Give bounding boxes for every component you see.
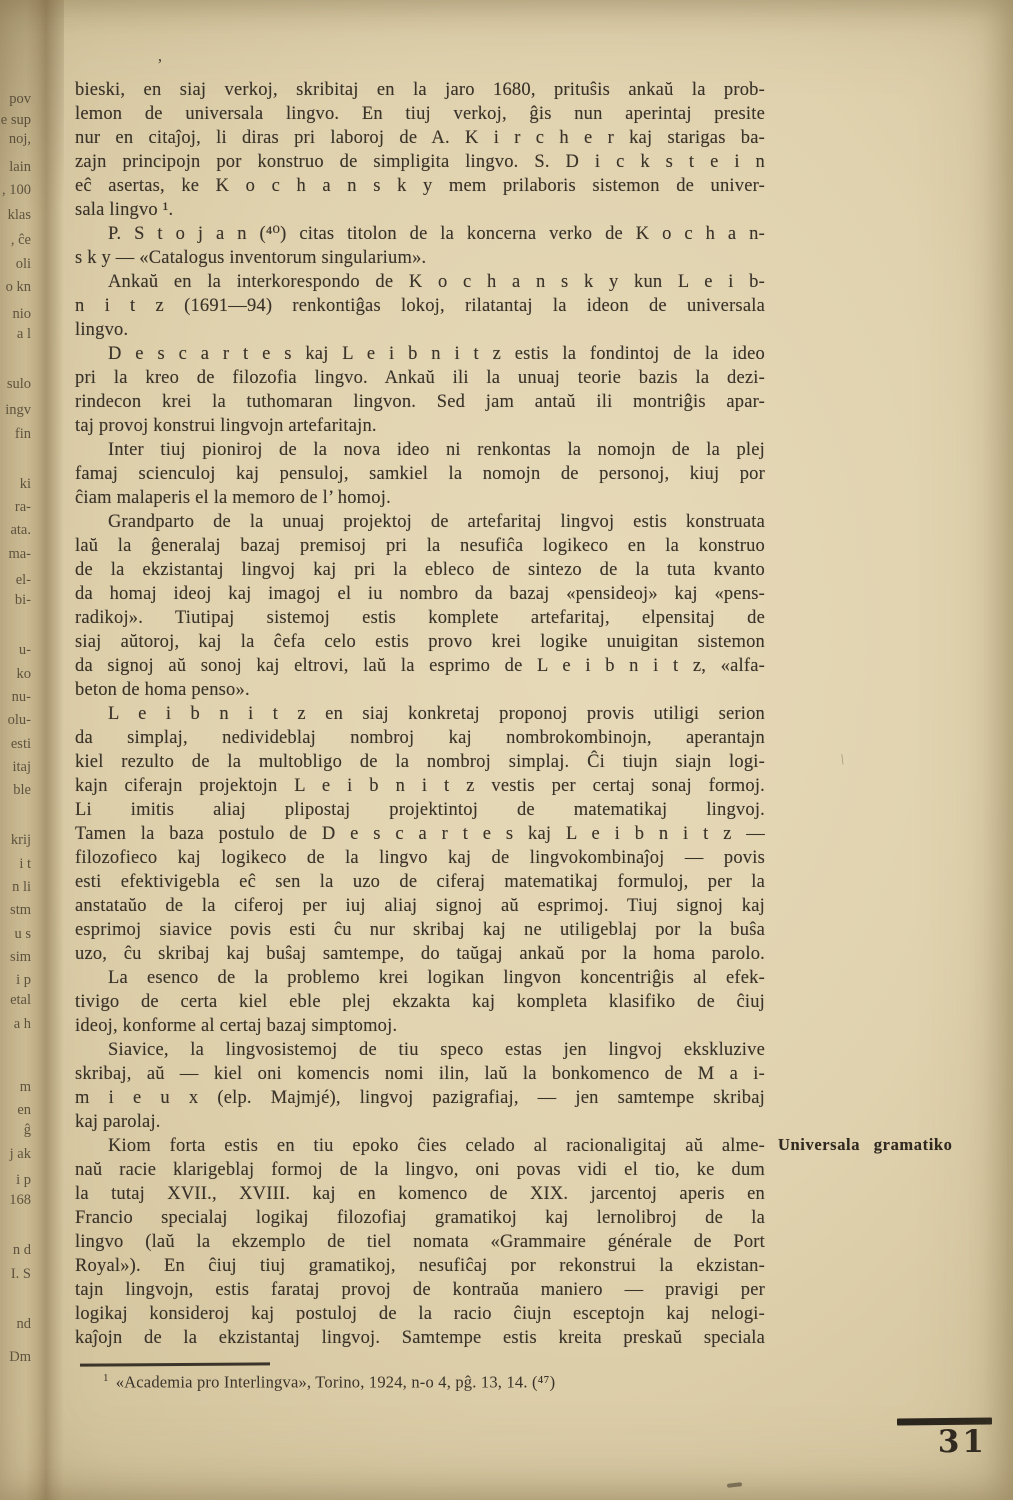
gutter-text-fragment: j ak: [0, 1147, 31, 1162]
paragraph: Grandparto de la unuaj projektoj de arte…: [75, 510, 765, 702]
text-line: Siavice, la lingvosistemoj de tiu speco …: [75, 1038, 765, 1062]
gutter-text-fragment: Dm: [0, 1350, 31, 1365]
text-line: la tutaj XVII., XVIII. kaj en komenco de…: [75, 1182, 765, 1206]
footnote-text: «Academia pro Interlingva», Torino, 1924…: [116, 1373, 556, 1392]
margin-note: Universala gramatiko: [778, 1135, 1003, 1155]
gutter-text-fragment: krij: [0, 833, 31, 848]
text-line: s k y — «Catalogus inventorum singulariu…: [75, 246, 765, 270]
text-line: uzo, ĉu skribaj kaj buŝaj samtempe, do t…: [75, 942, 765, 966]
paragraph: Siavice, la lingvosistemoj de tiu speco …: [75, 1038, 765, 1134]
gutter-text-fragment: ki: [0, 477, 31, 492]
gutter-text-fragment: o kn: [0, 280, 31, 295]
text-line: zajn principojn por konstruo de simpligi…: [75, 150, 765, 174]
main-text: bieski, en siaj verkoj, skribitaj en la …: [75, 78, 765, 1350]
gutter-text-fragment: 168: [0, 1193, 31, 1208]
text-line: pri la kreo de filozofia lingvo. Ankaŭ i…: [75, 366, 765, 390]
footnote-marker: 1: [103, 1372, 109, 1384]
text-line: Grandparto de la unuaj projektoj de arte…: [75, 510, 765, 534]
gutter-text-fragment: olu-: [0, 713, 31, 728]
text-line: lingvo (laŭ la ekzemplo de tiel nomata «…: [75, 1230, 765, 1254]
text-line: rindecon krei la tuthomaran lingvon. Sed…: [75, 390, 765, 414]
gutter-text-fragment: ble: [0, 783, 31, 798]
gutter-text-fragment: a l: [0, 327, 31, 342]
gutter-text-fragment: klas: [0, 208, 31, 223]
text-line: sala lingvo ¹.: [75, 198, 765, 222]
paragraph: L e i b n i t z en siaj konkretaj propon…: [75, 702, 765, 966]
text-line: tajn lingvojn, estis farataj provoj de k…: [75, 1278, 765, 1302]
text-line: anstataŭo de la ciferoj per iuj aliaj si…: [75, 894, 765, 918]
paragraph: Inter tiuj pioniroj de la nova ideo ni r…: [75, 438, 765, 510]
gutter-text-fragment: itaj: [0, 760, 31, 775]
stray-ink-mark: ’: [157, 55, 163, 75]
text-line: Tamen la baza postulo de D e s c a r t e…: [75, 822, 765, 846]
text-line: naŭ racie klarigeblaj formoj de la lingv…: [75, 1158, 765, 1182]
gutter-text-fragment: sim: [0, 950, 31, 965]
gutter-text-fragment: n d: [0, 1243, 31, 1258]
text-line: D e s c a r t e s kaj L e i b n i t z es…: [75, 342, 765, 366]
text-line: ĉiam malaperis el la memoro de l’ homoj.: [75, 486, 765, 510]
gutter-text-fragment: oli: [0, 257, 31, 272]
text-line: nur en citaĵoj, li diras pri laboroj de …: [75, 126, 765, 150]
text-line: La esenco de la problemo krei logikan li…: [75, 966, 765, 990]
ink-speck: [727, 1482, 742, 1488]
gutter-text-fragment: noj,: [0, 132, 31, 147]
gutter-text-fragment: u-: [0, 643, 31, 658]
text-line: da homaj ideoj kaj imagoj el iu nombro d…: [75, 582, 765, 606]
gutter-text-fragment: i p: [0, 1173, 31, 1188]
text-line: de la ekzistantaj lingvoj kaj pri la ebl…: [75, 558, 765, 582]
text-line: famaj scienculoj kaj pensuloj, samkiel l…: [75, 462, 765, 486]
paragraph: La esenco de la problemo krei logikan li…: [75, 966, 765, 1038]
text-line: kajn ciferajn projektojn L e i b n i t z…: [75, 774, 765, 798]
text-line: lingvo.: [75, 318, 765, 342]
text-line: taj provoj konstrui lingvojn artefaritaj…: [75, 414, 765, 438]
paragraph: Ankaŭ en la interkorespondo de K o c h a…: [75, 270, 765, 342]
gutter-text-fragment: ata.: [0, 523, 31, 538]
text-line: Ankaŭ en la interkorespondo de K o c h a…: [75, 270, 765, 294]
footnote-divider: [80, 1362, 270, 1366]
gutter-text-fragment: , ĉe: [0, 233, 31, 248]
paragraph: Kiom forta estis en tiu epoko ĉies celad…: [75, 1134, 765, 1350]
text-line: tivigo de certa kiel eble plej ekzakta k…: [75, 990, 765, 1014]
gutter-text-fragment: en: [0, 1103, 31, 1118]
gutter-text-fragment: pov: [0, 92, 31, 107]
hairline-mark: \: [838, 752, 846, 769]
text-line: eĉ asertas, ke K o c h a n s k y mem pri…: [75, 174, 765, 198]
gutter-text-fragment: I. S: [0, 1267, 31, 1282]
gutter-text-fragment: a h: [0, 1017, 31, 1032]
text-line: skribaj, aŭ — kiel oni komencis nomi ili…: [75, 1062, 765, 1086]
text-line: m i e u x (elp. Majmjé), lingvoj pazigra…: [75, 1086, 765, 1110]
gutter-text-fragment: ma-: [0, 547, 31, 562]
gutter-text-fragment: n li: [0, 880, 31, 895]
text-line: radikoj». Tiutipaj sistemoj estis komple…: [75, 606, 765, 630]
paragraph: bieski, en siaj verkoj, skribitaj en la …: [75, 78, 765, 222]
text-line: kiel rezulto de la multobligo de la nomb…: [75, 750, 765, 774]
text-line: Inter tiuj pioniroj de la nova ideo ni r…: [75, 438, 765, 462]
gutter-text-fragment: ko: [0, 667, 31, 682]
gutter-text-fragment: esti: [0, 737, 31, 752]
text-line: kaj parolaj.: [75, 1110, 765, 1134]
gutter-text-fragment: e sup: [0, 113, 31, 128]
text-line: bieski, en siaj verkoj, skribitaj en la …: [75, 78, 765, 102]
text-line: beton de homa penso».: [75, 678, 765, 702]
text-line: esprimoj siavice povis esti ĉu nur skrib…: [75, 918, 765, 942]
gutter-text-fragment: ĝ: [0, 1123, 31, 1138]
gutter-text-fragment: stm: [0, 903, 31, 918]
text-line: filozofieco kaj logikeco de la lingvo ka…: [75, 846, 765, 870]
gutter-text-fragment: u s: [0, 927, 31, 942]
paragraph: D e s c a r t e s kaj L e i b n i t z es…: [75, 342, 765, 438]
gutter-text-fragment: ingv: [0, 403, 31, 418]
text-line: Francio specialaj logikaj filozofiaj gra…: [75, 1206, 765, 1230]
book-page: pove supnoj,lain, 100klas, ĉeolio knnioa…: [0, 0, 1013, 1500]
text-line: da signoj aŭ sonoj kaj eltrovi, laŭ la e…: [75, 654, 765, 678]
text-line: kaĵojn de la ekzistantaj lingvoj. Samtem…: [75, 1326, 765, 1350]
text-line: ideoj, konforme al certaj bazaj simptomo…: [75, 1014, 765, 1038]
footnote: 1«Academia pro Interlingva», Torino, 192…: [103, 1372, 555, 1393]
gutter-text-fragment: i t: [0, 857, 31, 872]
text-line: Kiom forta estis en tiu epoko ĉies celad…: [75, 1134, 765, 1158]
gutter-text-fragment: nu-: [0, 690, 31, 705]
text-line: Li imitis aliaj plipostaj projektintoj d…: [75, 798, 765, 822]
gutter-text-fragment: etal: [0, 993, 31, 1008]
text-line: L e i b n i t z en siaj konkretaj propon…: [75, 702, 765, 726]
text-line: esti efektivigebla eĉ sen la uzo de cife…: [75, 870, 765, 894]
page-number: 31: [887, 1424, 995, 1460]
gutter-text-fragment: i p: [0, 973, 31, 988]
text-line: lemon de universala lingvo. En tiuj verk…: [75, 102, 765, 126]
text-line: Royal»). En ĉiuj tiuj gramatikoj, nesufi…: [75, 1254, 765, 1278]
gutter-text-fragment: fin: [0, 427, 31, 442]
text-line: logikaj konsideroj kaj postuloj de la ra…: [75, 1302, 765, 1326]
text-line: da simplaj, nedivideblaj nombroj kaj nom…: [75, 726, 765, 750]
gutter-text-fragment: bi-: [0, 593, 31, 608]
text-line: P. S t o j a n (⁴⁰) citas titolon de la …: [75, 222, 765, 246]
gutter-text-fragment: nio: [0, 307, 31, 322]
gutter-text-fragment: nd: [0, 1317, 31, 1332]
gutter-text-fragment: sulo: [0, 377, 31, 392]
gutter-text-fragment: el-: [0, 573, 31, 588]
gutter-text-fragment: lain: [0, 160, 31, 175]
text-line: n i t z (1691—94) renkontiĝas lokoj, ril…: [75, 294, 765, 318]
page-gutter-shadow: pove supnoj,lain, 100klas, ĉeolio knnioa…: [0, 0, 64, 1500]
gutter-text-fragment: m: [0, 1080, 31, 1095]
gutter-text-fragment: ra-: [0, 500, 31, 515]
text-line: laŭ la ĝeneralaj bazaj premisoj pri la n…: [75, 534, 765, 558]
text-line: siaj aŭtoroj, kaj la ĉefa celo estis pro…: [75, 630, 765, 654]
gutter-text-fragment: , 100: [0, 183, 31, 198]
paragraph: P. S t o j a n (⁴⁰) citas titolon de la …: [75, 222, 765, 270]
